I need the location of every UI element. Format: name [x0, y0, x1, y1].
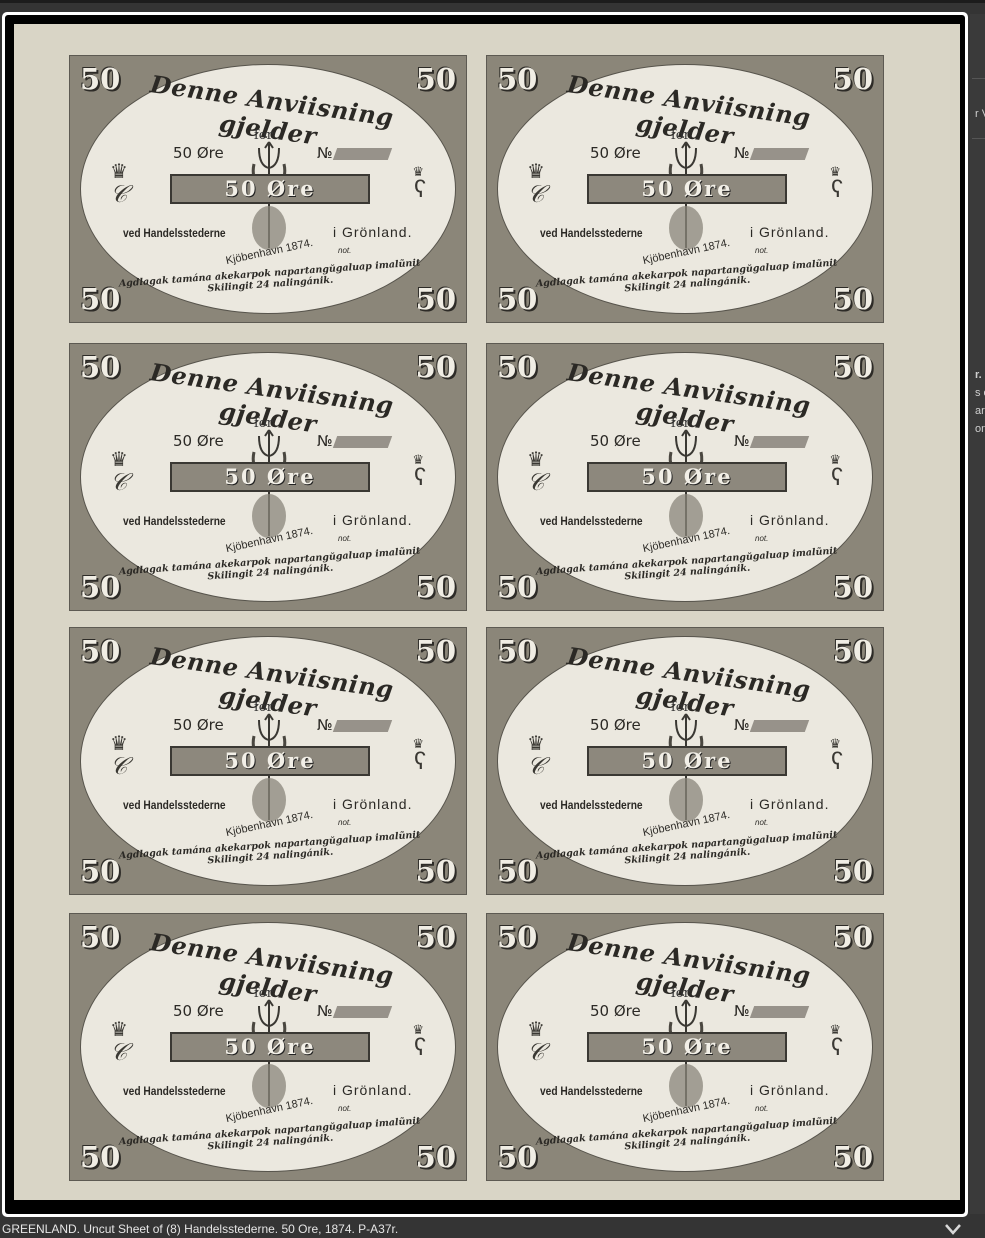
amount-text: 50 Øre [590, 716, 641, 734]
amount-banner: 50 Øre [170, 174, 370, 204]
amount-banner: 50 Øre [587, 746, 787, 776]
amount-banner: 50 Øre [170, 1032, 370, 1062]
corner-value: 50 [416, 62, 456, 96]
amount-banner: 50 Øre [587, 174, 787, 204]
serial-number-blank [333, 148, 392, 160]
lightbox-frame: 50 50 50 50 Denne Anviisning gjelder for… [5, 15, 965, 1214]
serial-number-label: № [734, 716, 750, 734]
corner-value: 50 [416, 634, 456, 668]
banknote: 50 50 50 50 Denne Anviisning gjelder for… [69, 913, 467, 1181]
background-text-fragment: r. [975, 369, 982, 381]
banknote: 50 50 50 50 Denne Anviisning gjelder for… [69, 627, 467, 895]
corner-value: 50 [497, 62, 537, 96]
royal-monogram-icon: 𝒞 [110, 1038, 128, 1066]
background-divider [972, 138, 985, 139]
background-text-fragment: on [975, 423, 985, 435]
not-label: not. [338, 818, 351, 827]
royal-monogram-icon: 𝒞 [110, 180, 128, 208]
banknote: 50 50 50 50 Denne Anviisning gjelder for… [486, 343, 884, 611]
amount-banner: 50 Øre [587, 462, 787, 492]
top-bar [0, 0, 985, 3]
royal-monogram-icon: 𝒞 [110, 468, 128, 496]
amount-text: 50 Øre [173, 1002, 224, 1020]
location-left: ved Handelsstederne [123, 226, 226, 240]
serial-number-blank [750, 1006, 809, 1018]
not-label: not. [755, 1104, 768, 1113]
corner-value: 50 [80, 350, 120, 384]
corner-value: 50 [80, 62, 120, 96]
banknote: 50 50 50 50 Denne Anviisning gjelder for… [69, 343, 467, 611]
location-right: i Grönland. [750, 1082, 829, 1098]
corner-value: 50 [833, 62, 873, 96]
amount-text: 50 Øre [590, 1002, 641, 1020]
amount-text: 50 Øre [590, 432, 641, 450]
location-left: ved Handelsstederne [540, 798, 643, 812]
not-label: not. [338, 1104, 351, 1113]
banknote: 50 50 50 50 Denne Anviisning gjelder for… [486, 55, 884, 323]
corner-value: 50 [416, 854, 456, 888]
corner-value: 50 [416, 282, 456, 316]
polar-bear-icon: ʕ [414, 748, 426, 776]
corner-value: 50 [833, 570, 873, 604]
corner-value: 50 [833, 1140, 873, 1174]
polar-bear-icon: ʕ [831, 1034, 843, 1062]
corner-value: 50 [416, 920, 456, 954]
uncut-banknote-sheet[interactable]: 50 50 50 50 Denne Anviisning gjelder for… [14, 24, 960, 1200]
royal-monogram-icon: 𝒞 [527, 1038, 545, 1066]
location-left: ved Handelsstederne [540, 514, 643, 528]
location-right: i Grönland. [333, 796, 412, 812]
location-right: i Grönland. [750, 512, 829, 528]
image-caption: GREENLAND. Uncut Sheet of (8) Handelsste… [2, 1222, 398, 1236]
background-page-panel [970, 14, 985, 1214]
amount-banner: 50 Øre [170, 746, 370, 776]
corner-value: 50 [497, 634, 537, 668]
location-left: ved Handelsstederne [540, 1084, 643, 1098]
location-right: i Grönland. [333, 224, 412, 240]
location-right: i Grönland. [750, 224, 829, 240]
location-right: i Grönland. [750, 796, 829, 812]
corner-value: 50 [497, 920, 537, 954]
banknote: 50 50 50 50 Denne Anviisning gjelder for… [486, 913, 884, 1181]
serial-number-label: № [734, 1002, 750, 1020]
serial-number-blank [750, 148, 809, 160]
polar-bear-icon: ʕ [414, 1034, 426, 1062]
royal-monogram-icon: 𝒞 [110, 752, 128, 780]
corner-value: 50 [497, 350, 537, 384]
amount-text: 50 Øre [173, 432, 224, 450]
amount-text: 50 Øre [590, 144, 641, 162]
banknote: 50 50 50 50 Denne Anviisning gjelder for… [486, 627, 884, 895]
polar-bear-icon: ʕ [414, 176, 426, 204]
corner-value: 50 [416, 570, 456, 604]
not-label: not. [755, 534, 768, 543]
serial-number-blank [750, 720, 809, 732]
corner-value: 50 [80, 920, 120, 954]
location-left: ved Handelsstederne [540, 226, 643, 240]
serial-number-label: № [317, 1002, 333, 1020]
serial-number-label: № [317, 144, 333, 162]
not-label: not. [338, 246, 351, 255]
serial-number-label: № [317, 432, 333, 450]
corner-value: 50 [416, 1140, 456, 1174]
location-left: ved Handelsstederne [123, 798, 226, 812]
serial-number-label: № [734, 144, 750, 162]
royal-monogram-icon: 𝒞 [527, 468, 545, 496]
not-label: not. [338, 534, 351, 543]
location-left: ved Handelsstederne [123, 514, 226, 528]
background-text-fragment: r V [975, 108, 985, 120]
serial-number-blank [333, 436, 392, 448]
corner-value: 50 [833, 920, 873, 954]
polar-bear-icon: ʕ [831, 464, 843, 492]
amount-text: 50 Øre [173, 716, 224, 734]
corner-value: 50 [833, 854, 873, 888]
royal-monogram-icon: 𝒞 [527, 752, 545, 780]
image-lightbox: 50 50 50 50 Denne Anviisning gjelder for… [2, 12, 968, 1217]
polar-bear-icon: ʕ [831, 176, 843, 204]
royal-monogram-icon: 𝒞 [527, 180, 545, 208]
amount-banner: 50 Øre [587, 1032, 787, 1062]
corner-value: 50 [833, 634, 873, 668]
chevron-down-icon[interactable] [944, 1222, 962, 1236]
corner-value: 50 [80, 634, 120, 668]
polar-bear-icon: ʕ [831, 748, 843, 776]
polar-bear-icon: ʕ [414, 464, 426, 492]
location-right: i Grönland. [333, 512, 412, 528]
background-divider [972, 78, 985, 79]
not-label: not. [755, 818, 768, 827]
serial-number-blank [750, 436, 809, 448]
amount-banner: 50 Øre [170, 462, 370, 492]
location-left: ved Handelsstederne [123, 1084, 226, 1098]
serial-number-label: № [734, 432, 750, 450]
corner-value: 50 [833, 350, 873, 384]
serial-number-blank [333, 720, 392, 732]
corner-value: 50 [833, 282, 873, 316]
corner-value: 50 [416, 350, 456, 384]
background-text-fragment: s e [975, 387, 985, 399]
serial-number-blank [333, 1006, 392, 1018]
serial-number-label: № [317, 716, 333, 734]
not-label: not. [755, 246, 768, 255]
amount-text: 50 Øre [173, 144, 224, 162]
background-text-fragment: ar [975, 405, 985, 417]
banknote: 50 50 50 50 Denne Anviisning gjelder for… [69, 55, 467, 323]
location-right: i Grönland. [333, 1082, 412, 1098]
